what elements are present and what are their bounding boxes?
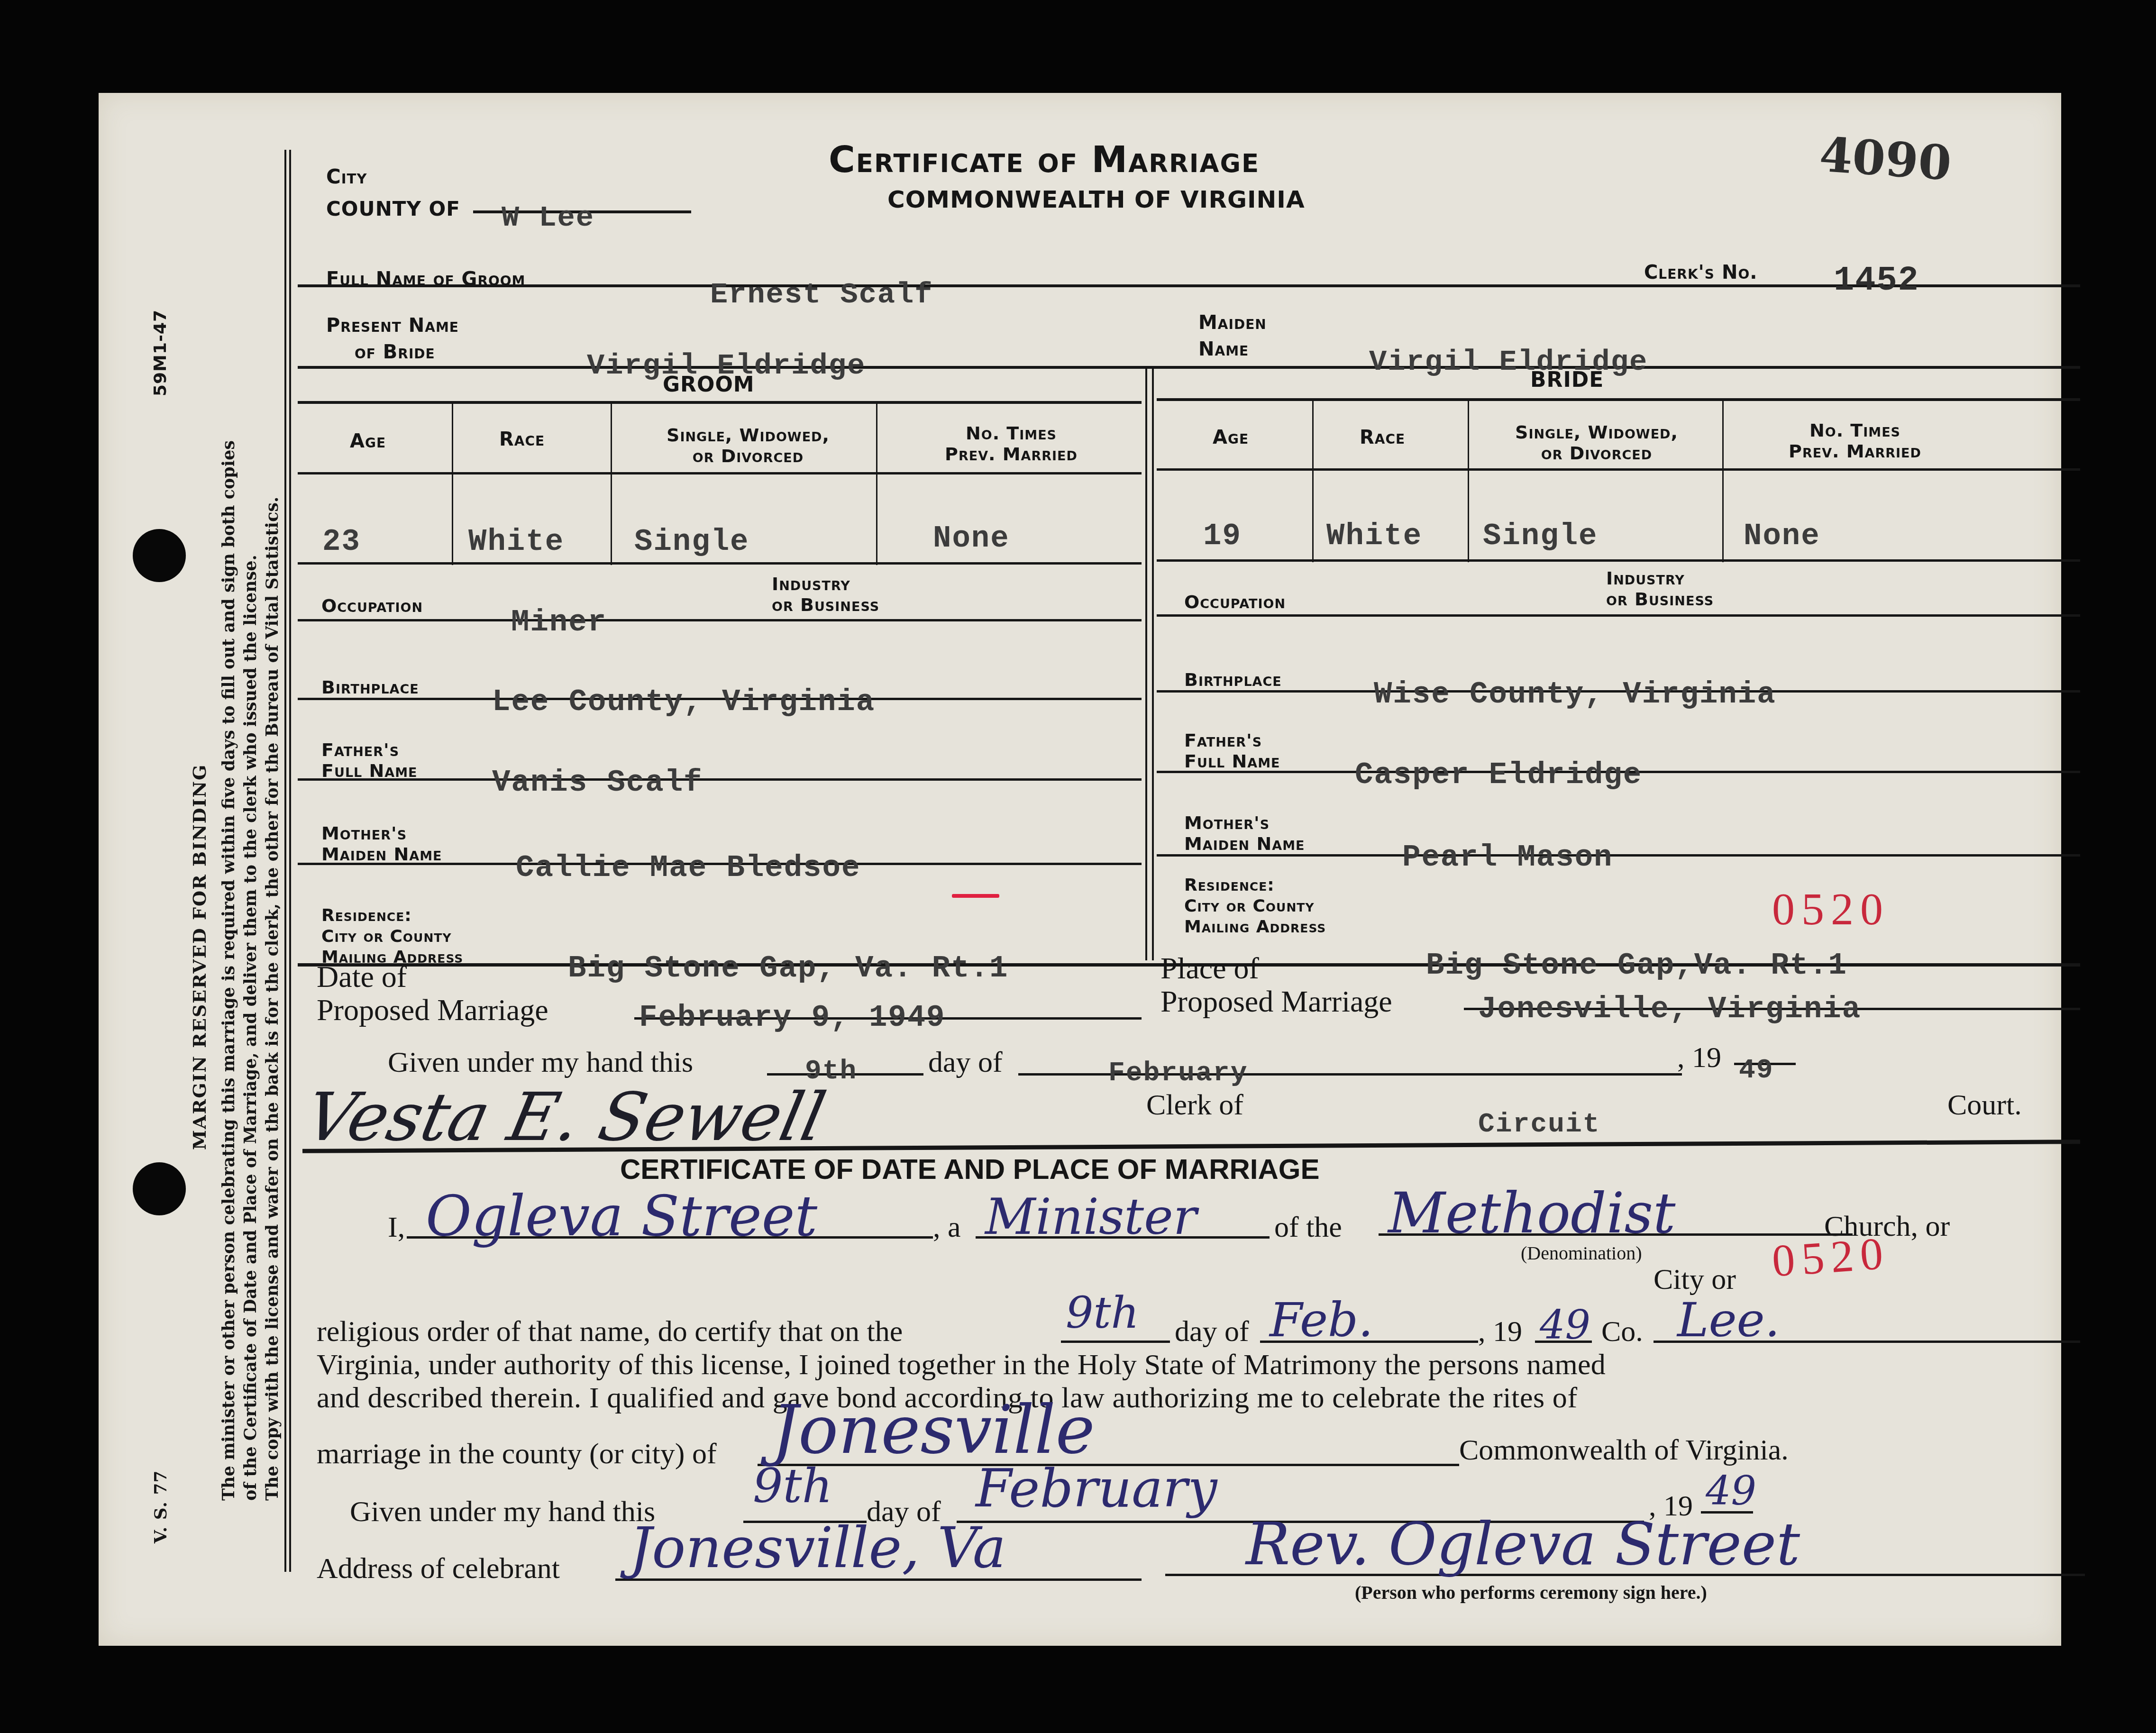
place-proposed-value[interactable]: Jonesville, Virginia: [1478, 993, 1861, 1027]
commonwealth-text: Commonwealth of Virginia.: [1459, 1433, 1789, 1467]
bride-present-label-2: of Bride: [355, 341, 435, 363]
bride-father-label: Father's Full Name: [1184, 730, 1280, 772]
bride-race[interactable]: White: [1326, 520, 1422, 554]
bride-occupation-label: Occupation: [1184, 592, 1286, 612]
red-mark: [952, 894, 999, 898]
bride-industry-label: Industry or Business: [1606, 568, 1714, 610]
margin-rule-2: [289, 150, 291, 1572]
residence-label-line-3: Mailing Address: [1184, 917, 1326, 938]
county-label: County of: [326, 197, 460, 220]
center-divider-1: [1145, 368, 1147, 960]
city-label: City: [326, 165, 367, 188]
father-label-line-1: Father's: [1184, 730, 1280, 751]
groom-race[interactable]: White: [468, 525, 564, 559]
margin-rule-1: [284, 150, 286, 1572]
groom-race-header: Race: [499, 429, 545, 450]
bride-age[interactable]: 19: [1203, 520, 1242, 554]
clerk-given-text: Given under my hand this: [388, 1046, 693, 1079]
celebrant-given-text: Given under my hand this: [350, 1495, 655, 1529]
marriage-year-prefix: , 19: [1478, 1315, 1522, 1349]
bride-residence[interactable]: Big Stone Gap,Va. Rt.1: [1426, 949, 1847, 983]
clerk-no-label: Clerk's No.: [1644, 262, 1757, 283]
industry-label-line-1: Industry: [772, 574, 879, 594]
place-proposed-label: Place of Proposed Marriage: [1160, 952, 1392, 1018]
bride-mother-label: Mother's Maiden Name: [1184, 812, 1305, 854]
groom-industry-label: Industry or Business: [772, 574, 879, 615]
groom-name-line: [298, 284, 2080, 287]
bride-header-underline: [1157, 468, 2080, 471]
residence-label-line-1: Residence:: [1184, 875, 1326, 896]
groom-age-header: Age: [350, 430, 386, 452]
clerk-no-value[interactable]: 1452: [1834, 261, 1919, 300]
bride-mother-line: [1157, 854, 2080, 857]
groom-col-divider-3: [876, 404, 877, 565]
groom-section-label: GROOM: [663, 373, 755, 397]
bride-status[interactable]: Single: [1483, 520, 1598, 554]
bride-maiden-value[interactable]: Virgil Eldridge: [1369, 345, 1648, 379]
groom-times-header: No. Times Prev. Married: [881, 423, 1142, 465]
status-header-line-2: or Divorced: [1473, 443, 1720, 464]
red-stamp-upper: 0520: [1772, 883, 1890, 935]
date-label-line-1: Date of: [317, 960, 548, 994]
groom-residence[interactable]: Big Stone Gap, Va. Rt.1: [568, 952, 1008, 986]
groom-mother[interactable]: Callie Mae Bledsoe: [516, 851, 860, 885]
bride-status-header: Single, Widowed, or Divorced: [1473, 422, 1720, 464]
of-the-text: of the: [1274, 1211, 1342, 1244]
mother-label-line-1: Mother's: [1184, 812, 1305, 833]
bride-maiden-label-1: Maiden: [1198, 312, 1267, 334]
clerk-given-month[interactable]: February: [1108, 1058, 1248, 1089]
co-text: Co.: [1601, 1315, 1643, 1349]
bride-race-header: Race: [1360, 427, 1405, 448]
date-label-line-2: Proposed Marriage: [317, 994, 548, 1027]
bride-values-line: [1157, 559, 2080, 562]
place-label-line-2: Proposed Marriage: [1160, 985, 1392, 1018]
groom-age[interactable]: 23: [322, 525, 361, 559]
father-label-line-2: Full Name: [1184, 751, 1280, 772]
bride-birthplace-label: Birthplace: [1184, 669, 1282, 690]
bride-present-label-1: Present Name: [326, 315, 459, 337]
mother-label-line-1: Mother's: [321, 823, 442, 844]
instruction-line-2: of the Certificate of Date and Place of …: [241, 555, 260, 1501]
groom-birthplace[interactable]: Lee County, Virginia: [492, 685, 875, 720]
father-label-line-1: Father's: [321, 739, 418, 760]
celebrant-given-year[interactable]: 49: [1706, 1468, 1756, 1514]
bride-times-header: No. Times Prev. Married: [1727, 420, 1983, 462]
groom-father[interactable]: Vanis Scalf: [492, 766, 703, 800]
times-header-line-1: No. Times: [881, 423, 1142, 444]
certificate-paper: 59M1-47 V. S. 77 MARGIN RESERVED FOR BIN…: [99, 93, 2061, 1646]
i-text: I,: [388, 1211, 405, 1244]
times-header-line-2: Prev. Married: [881, 444, 1142, 465]
clerk-of-text: Clerk of: [1146, 1088, 1243, 1122]
celebrant-given-month[interactable]: February: [976, 1458, 1217, 1519]
certificate-title: Certificate of Marriage: [829, 138, 1260, 181]
mother-label-line-2: Maiden Name: [321, 844, 442, 865]
status-header-line-1: Single, Widowed,: [1473, 422, 1720, 443]
stamp-number: 4090: [1818, 126, 1953, 191]
form-code-top: 59M1-47: [151, 310, 170, 396]
certify-line-text: religious order of that name, do certify…: [317, 1315, 903, 1349]
bride-birthplace[interactable]: Wise County, Virginia: [1374, 678, 1776, 712]
marriage-place[interactable]: Jonesville: [772, 1392, 1095, 1469]
marriage-month[interactable]: Feb.: [1270, 1292, 1373, 1348]
groom-father-line: [298, 778, 1142, 781]
bride-section-label: BRIDE: [1530, 368, 1604, 392]
binding-hole-bottom: [133, 1162, 186, 1215]
bride-col-divider-1: [1312, 401, 1314, 562]
binding-hole-top: [133, 529, 186, 582]
industry-label-line-2: or Business: [1606, 589, 1714, 610]
county-of-marriage-text: marriage in the county (or city) of: [317, 1437, 717, 1471]
bride-col-divider-3: [1722, 401, 1724, 562]
residence-label-line-1: Residence:: [321, 905, 463, 926]
groom-times-married[interactable]: None: [933, 522, 1010, 556]
bride-table-top-line: [1157, 398, 2080, 401]
groom-birthplace-label: Birthplace: [321, 677, 419, 698]
margin-reserved-label: MARGIN RESERVED FOR BINDING: [189, 764, 210, 1150]
groom-status[interactable]: Single: [634, 525, 749, 559]
groom-col-divider-2: [611, 404, 612, 565]
county-value[interactable]: W Lee: [502, 201, 594, 235]
denomination-caption: (Denomination): [1521, 1242, 1642, 1264]
bride-maiden-label-2: Name: [1198, 338, 1249, 360]
officiant-title[interactable]: Minister: [985, 1188, 1197, 1246]
date-proposed-label: Date of Proposed Marriage: [317, 960, 548, 1027]
celebrant-signature[interactable]: Rev. Ogleva Street: [1246, 1510, 1800, 1578]
status-header-line-2: or Divorced: [627, 446, 869, 466]
industry-label-line-2: or Business: [772, 594, 879, 615]
marriage-day[interactable]: 9th: [1066, 1287, 1139, 1338]
groom-residence-label: Residence: City or County Mailing Addres…: [321, 905, 463, 968]
instruction-line-1: The minister or other person celebrating…: [219, 440, 238, 1501]
address-label: Address of celebrant: [317, 1552, 560, 1586]
center-divider-2: [1152, 368, 1154, 960]
court-text: Court.: [1947, 1088, 2022, 1122]
celebrant-certificate-title: CERTIFICATE OF DATE AND PLACE OF MARRIAG…: [620, 1153, 1320, 1186]
bride-age-header: Age: [1213, 427, 1249, 448]
residence-label-line-2: City or County: [1184, 896, 1326, 917]
authority-line-text: Virginia, under authority of this licens…: [317, 1348, 1606, 1382]
date-proposed-value[interactable]: February 9, 1949: [639, 1001, 946, 1035]
red-stamp-lower: 0520: [1770, 1226, 1891, 1287]
address-value[interactable]: Jonesville, Va: [630, 1515, 1006, 1580]
bride-times-married[interactable]: None: [1744, 520, 1820, 554]
marriage-day-line: [1061, 1341, 1170, 1343]
bride-col-divider-2: [1468, 401, 1469, 562]
marriage-year[interactable]: 49: [1540, 1302, 1590, 1348]
a-text: , a: [933, 1211, 961, 1244]
bride-residence-label: Residence: City or County Mailing Addres…: [1184, 875, 1326, 938]
clerk-signature: Vesta E. Sewell: [299, 1079, 832, 1156]
form-code-bottom: V. S. 77: [151, 1470, 171, 1543]
certificate-subtitle: Commonwealth of Virginia: [887, 186, 1305, 213]
place-label-line-1: Place of: [1160, 952, 1392, 985]
times-header-line-1: No. Times: [1727, 420, 1983, 441]
groom-occupation-line: [298, 619, 1142, 621]
groom-col-divider-1: [452, 404, 453, 565]
groom-status-header: Single, Widowed, or Divorced: [627, 425, 869, 466]
officiant-name[interactable]: Ogleva Street: [426, 1183, 817, 1249]
industry-label-line-1: Industry: [1606, 568, 1714, 589]
status-header-line-1: Single, Widowed,: [627, 425, 869, 446]
bride-occupation-line: [1157, 614, 2080, 617]
bride-father[interactable]: Casper Eldridge: [1355, 758, 1642, 793]
instruction-line-3: The copy with the license and wafer on t…: [263, 497, 282, 1501]
groom-header-underline: [298, 472, 1142, 474]
groom-table-top-line: [298, 401, 1142, 404]
groom-father-label: Father's Full Name: [321, 739, 418, 781]
signature-caption: (Person who performs ceremony sign here.…: [1355, 1581, 1707, 1604]
city-or-text: City or: [1654, 1263, 1736, 1296]
denomination[interactable]: Methodist: [1388, 1180, 1675, 1246]
groom-occupation-label: Occupation: [321, 595, 423, 616]
residence-label-line-2: City or County: [321, 926, 463, 947]
clerk-given-year[interactable]: 49: [1739, 1055, 1774, 1086]
groom-mother-label: Mother's Maiden Name: [321, 823, 442, 865]
times-header-line-2: Prev. Married: [1727, 441, 1983, 462]
court-type[interactable]: Circuit: [1478, 1109, 1600, 1140]
bride-name-line: [298, 366, 2080, 369]
bride-mother[interactable]: Pearl Mason: [1402, 841, 1613, 875]
certify-county[interactable]: Lee.: [1677, 1292, 1780, 1348]
groom-name-value[interactable]: Ernest Scalf: [710, 278, 933, 311]
mother-label-line-2: Maiden Name: [1184, 833, 1305, 854]
groom-occupation[interactable]: Miner: [511, 606, 607, 640]
clerk-day-of-text: day of: [928, 1046, 1003, 1079]
celebrant-given-day[interactable]: 9th: [753, 1458, 832, 1514]
groom-values-line: [298, 562, 1142, 565]
marriage-day-of-text: day of: [1175, 1315, 1249, 1349]
clerk-year-prefix: , 19: [1677, 1041, 1721, 1075]
